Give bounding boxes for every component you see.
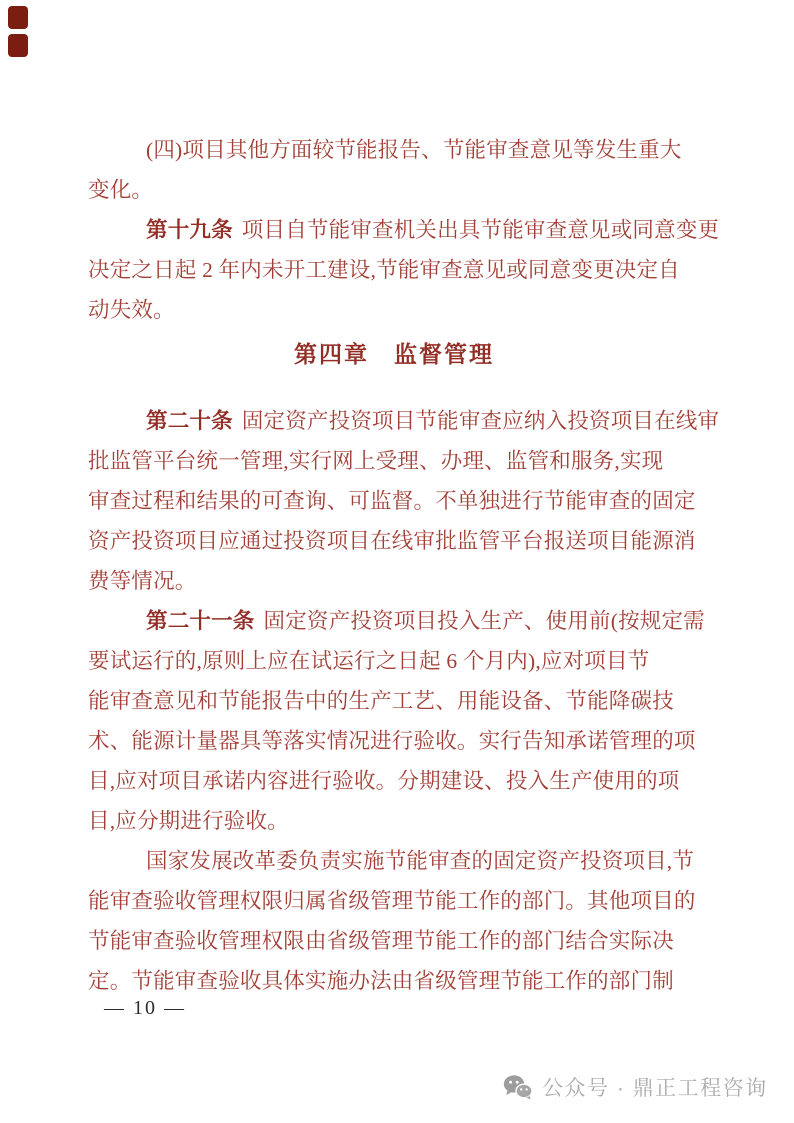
document-body: (四)项目其他方面较节能报告、节能审查意见等发生重大变化。第十九条项目自节能审查…	[88, 130, 700, 1001]
line-text: 费等情况。	[88, 569, 197, 593]
line-text: 审查过程和结果的可查询、可监督。不单独进行节能审查的固定	[88, 489, 696, 513]
corner-marker-top	[8, 6, 28, 29]
document-line: 审查过程和结果的可查询、可监督。不单独进行节能审查的固定	[88, 481, 700, 521]
chapter-heading: 第四章 监督管理	[88, 335, 700, 375]
article-number-label: 第十九条	[146, 218, 233, 242]
document-line: 批监管平台统一管理,实行网上受理、办理、监管和服务,实现	[88, 441, 700, 481]
line-text: 固定资产投资项目投入生产、使用前(按规定需	[264, 609, 705, 633]
line-text: 目,应对项目承诺内容进行验收。分期建设、投入生产使用的项	[88, 769, 679, 793]
watermark-text: 公众号 · 鼎正工程咨询	[542, 1072, 768, 1102]
document-line: 能审查意见和节能报告中的生产工艺、用能设备、节能降碳技	[88, 681, 700, 721]
line-text: 国家发展改革委负责实施节能审查的固定资产投资项目,节	[146, 849, 694, 873]
line-text: 资产投资项目应通过投资项目在线审批监管平台报送项目能源消	[88, 529, 696, 553]
document-line: 动失效。	[88, 290, 700, 330]
document-line: 要试运行的,原则上应在试运行之日起 6 个月内),应对项目节	[88, 641, 700, 681]
document-line: 资产投资项目应通过投资项目在线审批监管平台报送项目能源消	[88, 521, 700, 561]
document-line: 定。节能审查验收具体实施办法由省级管理节能工作的部门制	[88, 961, 700, 1001]
corner-marker-bottom	[8, 34, 28, 57]
line-text: 动失效。	[88, 298, 175, 322]
line-text: 批监管平台统一管理,实行网上受理、办理、监管和服务,实现	[88, 449, 663, 473]
line-text: 项目自节能审查机关出具节能审查意见或同意变更	[242, 218, 719, 242]
watermark-footer: 公众号 · 鼎正工程咨询	[503, 1072, 768, 1102]
document-line: 第二十条固定资产投资项目节能审查应纳入投资项目在线审	[88, 401, 700, 441]
wechat-icon	[503, 1074, 533, 1101]
line-text: 能审查意见和节能报告中的生产工艺、用能设备、节能降碳技	[88, 689, 674, 713]
document-line: (四)项目其他方面较节能报告、节能审查意见等发生重大	[88, 130, 700, 170]
document-line: 决定之日起 2 年内未开工建设,节能审查意见或同意变更决定自	[88, 250, 700, 290]
document-line: 国家发展改革委负责实施节能审查的固定资产投资项目,节	[88, 841, 700, 881]
line-text: 固定资产投资项目节能审查应纳入投资项目在线审	[242, 409, 719, 433]
page-number: — 10 —	[104, 997, 186, 1020]
line-text: 能审查验收管理权限归属省级管理节能工作的部门。其他项目的	[88, 889, 696, 913]
line-text: 要试运行的,原则上应在试运行之日起 6 个月内),应对项目节	[88, 649, 649, 673]
document-line: 节能审查验收管理权限由省级管理节能工作的部门结合实际决	[88, 921, 700, 961]
document-line: 费等情况。	[88, 561, 700, 601]
document-line: 目,应对项目承诺内容进行验收。分期建设、投入生产使用的项	[88, 761, 700, 801]
document-line: 能审查验收管理权限归属省级管理节能工作的部门。其他项目的	[88, 881, 700, 921]
line-text: 定。节能审查验收具体实施办法由省级管理节能工作的部门制	[88, 969, 674, 993]
article-number-label: 第二十条	[146, 409, 233, 433]
document-line: 目,应分期进行验收。	[88, 801, 700, 841]
document-page: (四)项目其他方面较节能报告、节能审查意见等发生重大变化。第十九条项目自节能审查…	[0, 0, 794, 1123]
line-text: 变化。	[88, 178, 153, 202]
line-text: 术、能源计量器具等落实情况进行验收。实行告知承诺管理的项	[88, 729, 696, 753]
line-text: 目,应分期进行验收。	[88, 809, 289, 833]
document-line: 第十九条项目自节能审查机关出具节能审查意见或同意变更	[88, 210, 700, 250]
document-line: 变化。	[88, 170, 700, 210]
document-line: 第二十一条固定资产投资项目投入生产、使用前(按规定需	[88, 601, 700, 641]
document-line: 术、能源计量器具等落实情况进行验收。实行告知承诺管理的项	[88, 721, 700, 761]
line-text: 决定之日起 2 年内未开工建设,节能审查意见或同意变更决定自	[88, 258, 680, 282]
line-text: 节能审查验收管理权限由省级管理节能工作的部门结合实际决	[88, 929, 674, 953]
line-text: (四)项目其他方面较节能报告、节能审查意见等发生重大	[146, 138, 682, 162]
article-number-label: 第二十一条	[146, 609, 255, 633]
